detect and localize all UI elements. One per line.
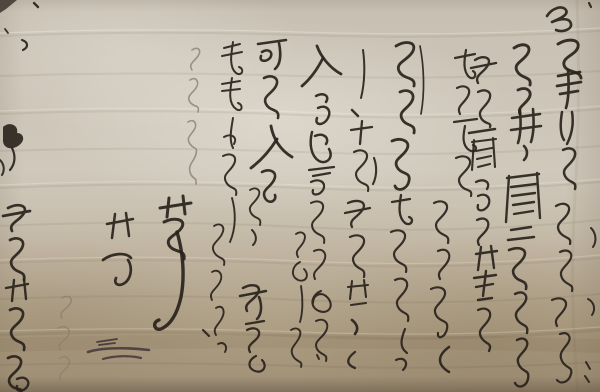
column-7 [302,46,341,361]
large-character [155,196,191,329]
opening-flourish [547,3,591,31]
manuscript-art [0,0,600,392]
column-10 [188,48,200,184]
left-edge-marks [0,0,38,175]
column-9 [222,42,242,242]
column-6 [345,50,376,368]
manuscript-photo: Photograph of a handwritten Japanese let… [0,0,600,392]
right-edge-marks [585,228,595,382]
column-5 [391,43,424,370]
column-3 [469,57,497,351]
column-4 [431,50,477,372]
